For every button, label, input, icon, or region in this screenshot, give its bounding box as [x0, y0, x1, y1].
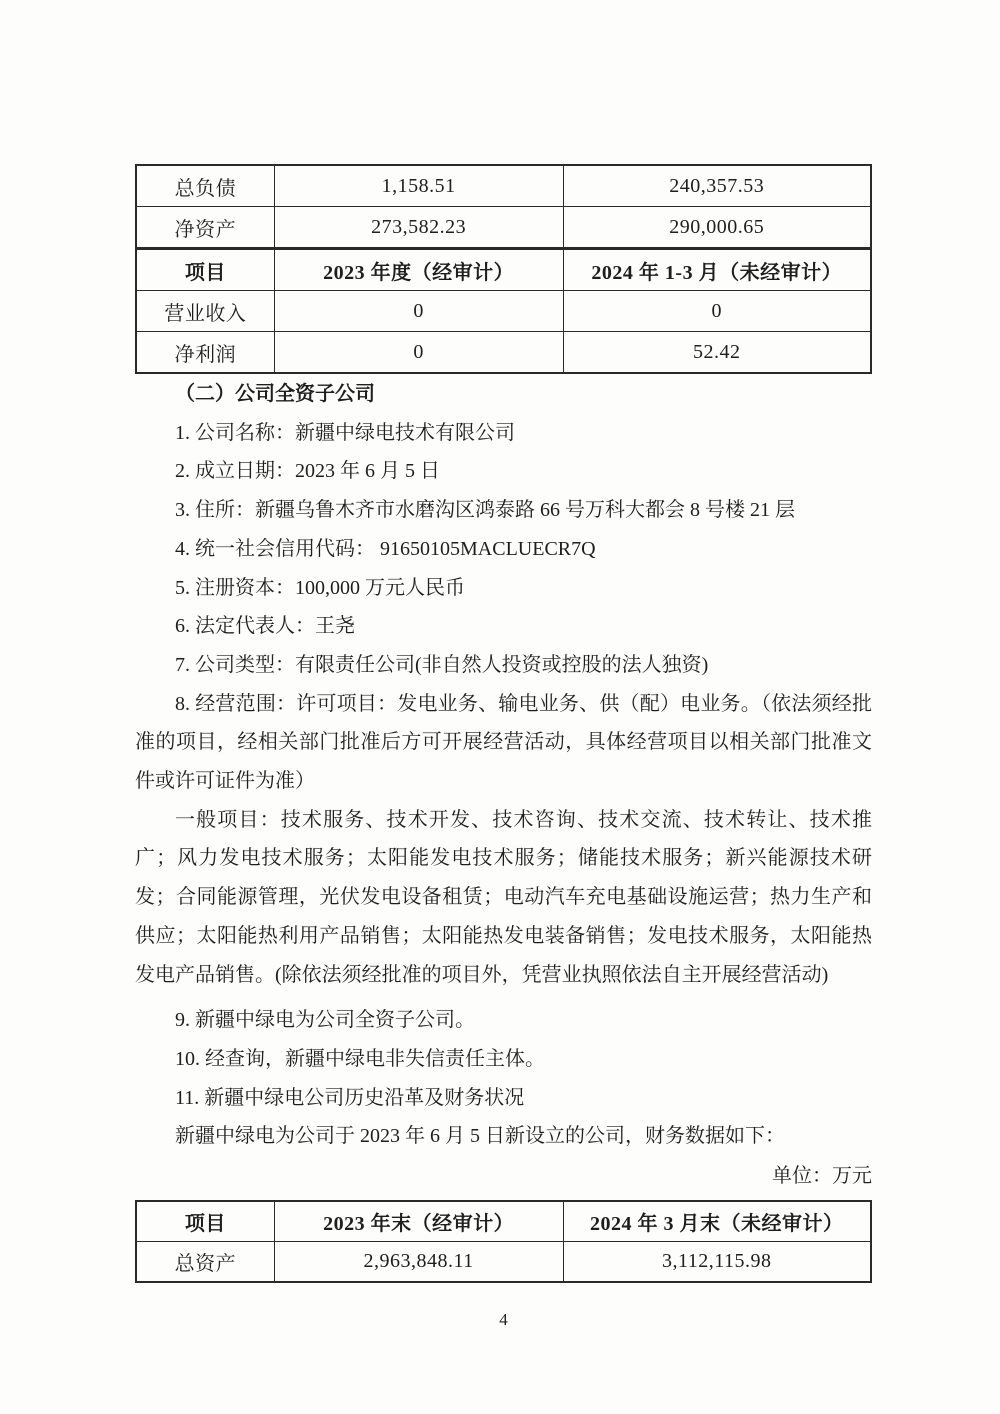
financial-table-top: 总负债 1,158.51 240,357.53 净资产 273,582.23 2… — [135, 164, 872, 374]
paragraph-credit-check: 10. 经查询，新疆中绿电非失信责任主体。 — [135, 1040, 872, 1079]
header-item: 项目 — [136, 249, 274, 291]
financial-table-bottom-wrap: 项目 2023 年末（经审计） 2024 年 3 月末（未经审计） 总资产 2,… — [135, 1200, 872, 1283]
table-row-total-assets: 总资产 2,963,848.11 3,112,115.98 — [136, 1241, 871, 1282]
paragraph-history-title: 11. 新疆中绿电公司历史沿革及财务状况 — [135, 1079, 872, 1118]
value-2023: 0 — [274, 332, 563, 374]
paragraph-registered-capital: 5. 注册资本：100,000 万元人民币 — [135, 569, 872, 608]
header-2024: 2024 年 3 月末（未经审计） — [563, 1201, 871, 1242]
value-2024: 290,000.65 — [563, 207, 871, 249]
row-label: 净资产 — [136, 207, 274, 249]
value-2023: 0 — [274, 291, 563, 332]
table-row-net-assets: 净资产 273,582.23 290,000.65 — [136, 207, 871, 249]
value-2023: 273,582.23 — [274, 207, 563, 249]
header-item: 项目 — [136, 1201, 274, 1242]
paragraph-credit-code: 4. 统一社会信用代码： 91650105MACLUECR7Q — [135, 530, 872, 569]
page-content: 总负债 1,158.51 240,357.53 净资产 273,582.23 2… — [135, 164, 872, 1283]
table-row-operating-revenue: 营业收入 0 0 — [136, 291, 871, 332]
paragraph-company-name: 1. 公司名称：新疆中绿电技术有限公司 — [135, 414, 872, 453]
value-2024: 240,357.53 — [563, 165, 871, 207]
value-2024: 52.42 — [563, 332, 871, 374]
paragraph-legal-representative: 6. 法定代表人：王尧 — [135, 607, 872, 646]
value-2023: 2,963,848.11 — [274, 1241, 563, 1282]
paragraph-financial-data-intro: 新疆中绿电为公司于 2023 年 6 月 5 日新设立的公司，财务数据如下： — [135, 1117, 872, 1156]
section-heading: （二）公司全资子公司 — [135, 375, 872, 414]
paragraph-establish-date: 2. 成立日期：2023 年 6 月 5 日 — [135, 452, 872, 491]
financial-table-bottom: 项目 2023 年末（经审计） 2024 年 3 月末（未经审计） 总资产 2,… — [135, 1200, 872, 1283]
value-2023: 1,158.51 — [274, 165, 563, 207]
unit-note: 单位：万元 — [135, 1157, 872, 1196]
table-header-row: 项目 2023 年度（经审计） 2024 年 1-3 月（未经审计） — [136, 249, 871, 291]
header-2024: 2024 年 1-3 月（未经审计） — [563, 249, 871, 291]
paragraph-business-scope-licensed: 8. 经营范围：许可项目：发电业务、输电业务、供（配）电业务。（依法须经批准的项… — [135, 685, 872, 801]
document-page: 总负债 1,158.51 240,357.53 净资产 273,582.23 2… — [0, 0, 1000, 1414]
header-2023: 2023 年末（经审计） — [274, 1201, 563, 1242]
row-label: 总负债 — [136, 165, 274, 207]
row-label: 总资产 — [136, 1241, 274, 1282]
value-2024: 3,112,115.98 — [563, 1241, 871, 1282]
page-number: 4 — [135, 1310, 872, 1330]
table-header-row: 项目 2023 年末（经审计） 2024 年 3 月末（未经审计） — [136, 1201, 871, 1242]
row-label: 营业收入 — [136, 291, 274, 332]
paragraph-subsidiary-note: 9. 新疆中绿电为公司全资子公司。 — [135, 1001, 872, 1040]
value-2024: 0 — [563, 291, 871, 332]
paragraph-company-type: 7. 公司类型：有限责任公司(非自然人投资或控股的法人独资) — [135, 646, 872, 685]
header-2023: 2023 年度（经审计） — [274, 249, 563, 291]
row-label: 净利润 — [136, 332, 274, 374]
table-row-total-liabilities: 总负债 1,158.51 240,357.53 — [136, 165, 871, 207]
body-text: （二）公司全资子公司 1. 公司名称：新疆中绿电技术有限公司 2. 成立日期：2… — [135, 375, 872, 1156]
table-row-net-profit: 净利润 0 52.42 — [136, 332, 871, 374]
paragraph-business-scope-general: 一般项目：技术服务、技术开发、技术咨询、技术交流、技术转让、技术推广；风力发电技… — [135, 801, 872, 995]
paragraph-address: 3. 住所：新疆乌鲁木齐市水磨沟区鸿泰路 66 号万科大都会 8 号楼 21 层 — [135, 491, 872, 530]
